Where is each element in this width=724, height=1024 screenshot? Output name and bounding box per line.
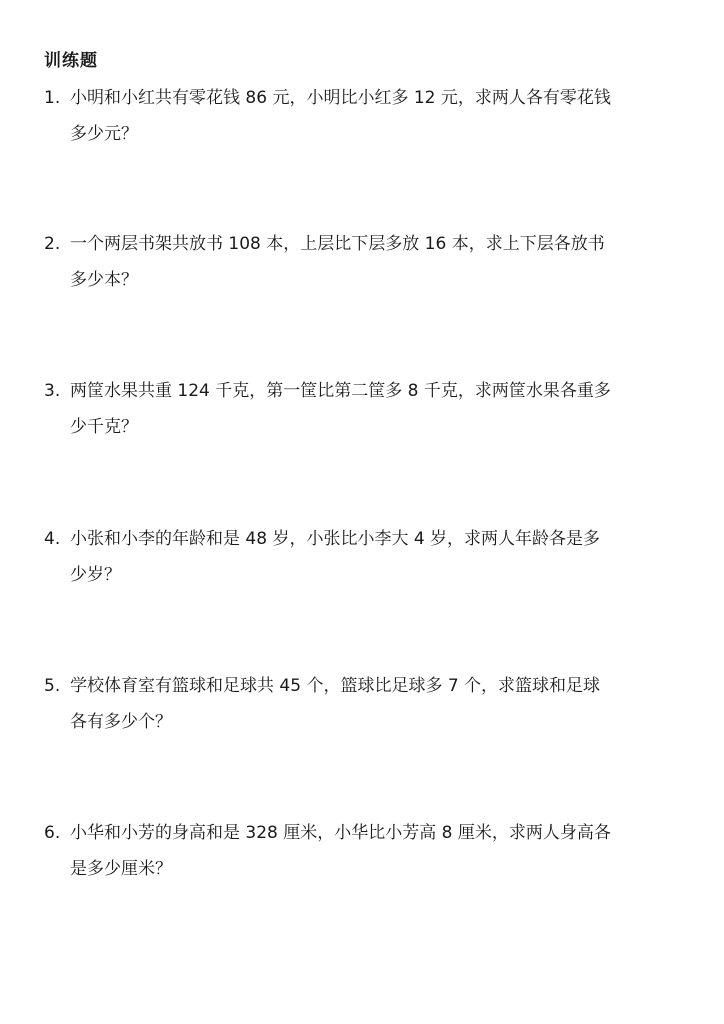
question-text-line1: 学校体育室有篮球和足球共 45 个，篮球比足球多 7 个，求篮球和足球 [70,676,600,696]
question-text-line1: 一个两层书架共放书 108 本，上层比下层多放 16 本，求上下层各放书 [70,234,605,254]
question-number: 4. [44,521,70,557]
question-1: 1.小明和小红共有零花钱 86 元，小明比小红多 12 元，求两人各有零花钱 多… [44,80,684,152]
worksheet-title: 训练题 [44,46,98,71]
question-text-line2: 多少本？ [44,262,684,298]
question-text-line2: 各有多少个？ [44,704,684,740]
question-4: 4.小张和小李的年龄和是 48 岁，小张比小李大 4 岁，求两人年龄各是多 少岁… [44,521,684,593]
question-number: 1. [44,80,70,116]
question-text-line2: 少岁？ [44,557,684,593]
question-text-line2: 多少元？ [44,116,684,152]
question-text-line1: 小华和小芳的身高和是 328 厘米，小华比小芳高 8 厘米，求两人身高各 [70,823,611,843]
question-text-line1: 小明和小红共有零花钱 86 元，小明比小红多 12 元，求两人各有零花钱 [70,88,611,108]
question-6: 6.小华和小芳的身高和是 328 厘米，小华比小芳高 8 厘米，求两人身高各 是… [44,815,684,887]
question-3: 3.两筐水果共重 124 千克，第一筐比第二筐多 8 千克，求两筐水果各重多 少… [44,373,684,445]
question-5: 5.学校体育室有篮球和足球共 45 个，篮球比足球多 7 个，求篮球和足球 各有… [44,668,684,740]
question-text-line2: 是多少厘米？ [44,851,684,887]
question-2: 2.一个两层书架共放书 108 本，上层比下层多放 16 本，求上下层各放书 多… [44,226,684,298]
question-number: 3. [44,373,70,409]
question-number: 2. [44,226,70,262]
question-number: 6. [44,815,70,851]
worksheet-page: 训练题 1.小明和小红共有零花钱 86 元，小明比小红多 12 元，求两人各有零… [0,0,724,1024]
question-number: 5. [44,668,70,704]
question-text-line2: 少千克？ [44,409,684,445]
question-text-line1: 两筐水果共重 124 千克，第一筐比第二筐多 8 千克，求两筐水果各重多 [70,381,611,401]
question-text-line1: 小张和小李的年龄和是 48 岁，小张比小李大 4 岁，求两人年龄各是多 [70,529,600,549]
